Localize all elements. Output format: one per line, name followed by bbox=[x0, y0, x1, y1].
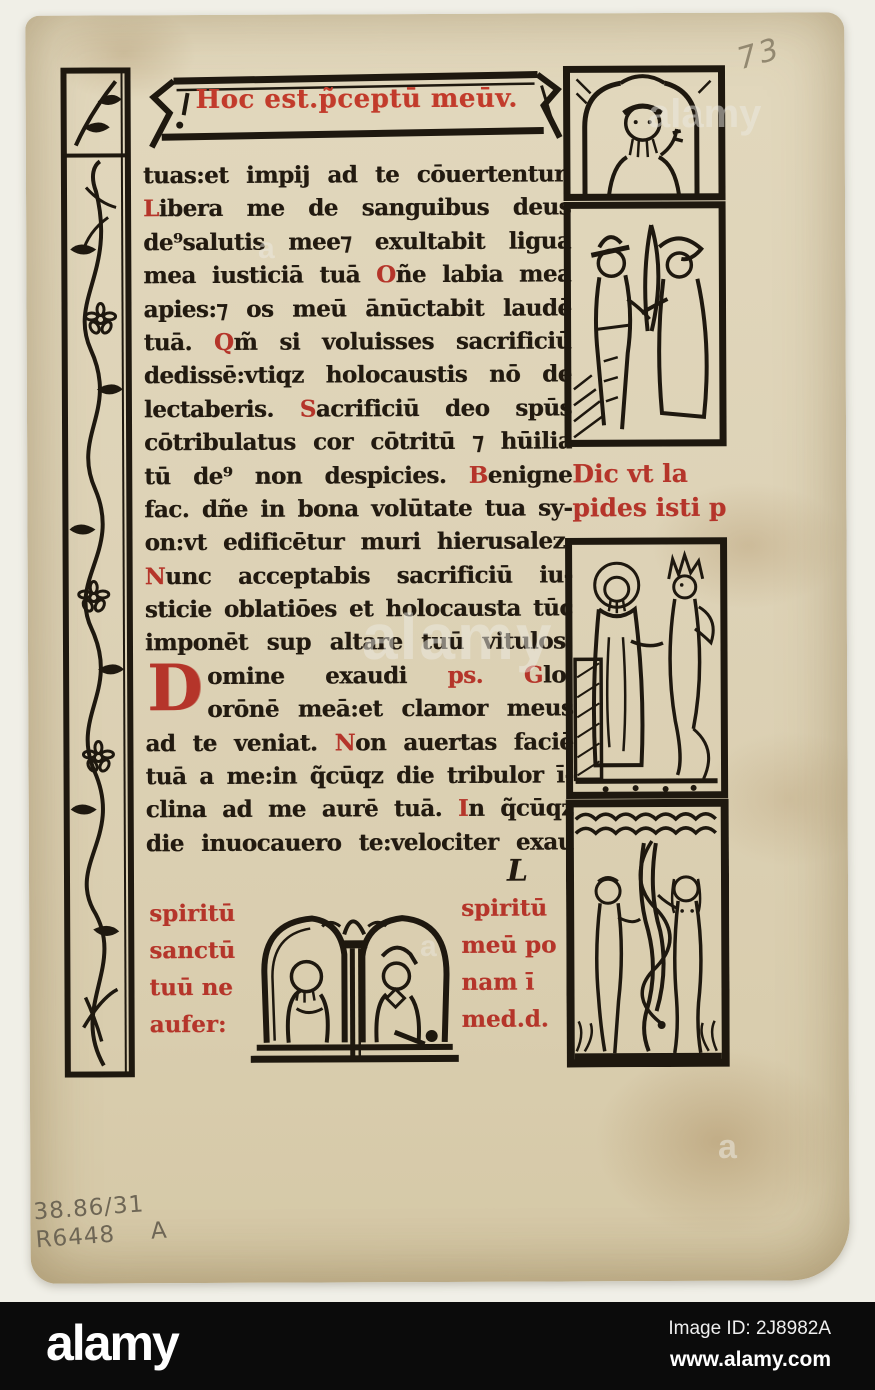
folio-number-pencil: 73 bbox=[733, 31, 785, 77]
alamy-url: www.alamy.com bbox=[668, 1348, 831, 1372]
text-line: on:vt edificētur muri hierusalez. bbox=[144, 525, 572, 560]
stock-photo: Hoc est.p̃ceptū meūv. tuas:et impij ad t… bbox=[0, 0, 875, 1390]
title-banner-woodcut: Hoc est.p̃ceptū meūv. bbox=[143, 61, 569, 157]
main-text-block: tuas:et impij ad te cōuertentur.Libera m… bbox=[143, 157, 574, 860]
floral-border-woodcut bbox=[59, 67, 139, 1081]
inventory-mark-pencil: 38.86/31 R6448A bbox=[33, 1189, 169, 1255]
text-line: lectaberis. Sacrificiū deo spūs bbox=[144, 391, 572, 426]
woodcut-prophet-bust bbox=[562, 65, 726, 202]
red-text-line: spiritū bbox=[461, 889, 573, 926]
right-woodcut-column: Dic vt lapides isti p bbox=[562, 65, 729, 1068]
text-line: tuā. Qm̃ si voluisses sacrificiū bbox=[144, 324, 572, 359]
alamy-logo: alamy bbox=[46, 1314, 178, 1372]
image-id: Image ID: 2J8982A bbox=[668, 1318, 831, 1340]
text-line: tuā a me:in q̃cūqz die tribulor ī- bbox=[145, 758, 573, 793]
banner-title: Hoc est.p̃ceptū meūv. bbox=[184, 84, 530, 116]
printed-leaf: Hoc est.p̃ceptū meūv. tuas:et impij ad t… bbox=[25, 12, 850, 1284]
red-text-line: meū po bbox=[461, 926, 573, 963]
text-line: tuas:et impij ad te cōuertentur. bbox=[143, 157, 571, 192]
text-line: ad te veniat. Non auertas faciē bbox=[145, 725, 573, 760]
text-line: cōtribulatus cor cōtritū ⁊ hūilia bbox=[144, 425, 572, 460]
red-text-line: pides isti p bbox=[572, 491, 727, 526]
red-text-line: nam ī bbox=[461, 963, 573, 1000]
woodcut-man-and-woman bbox=[563, 201, 727, 448]
text-line: sticie oblatiōes et holocausta tūc bbox=[145, 591, 573, 626]
text-line: tū de⁹ non despicies. Benigne bbox=[144, 458, 572, 493]
text-line: fac. dñe in bona volūtate tua sy- bbox=[144, 491, 572, 526]
red-text-line: med.d. bbox=[462, 1000, 574, 1037]
text-line: orōnē meā:et clamor meus bbox=[145, 692, 573, 727]
text-line: Libera me de sanguibus deus bbox=[143, 191, 571, 226]
woodcut-praying-figures bbox=[244, 892, 465, 1075]
signature-mark: L bbox=[507, 854, 528, 889]
text-line: Nunc acceptabis sacrificiū iu- bbox=[145, 558, 573, 593]
text-line: de⁹salutis mee⁊ exultabit ligua bbox=[143, 224, 571, 259]
text-line: dedissē:vtiqz holocaustis nō de bbox=[144, 358, 572, 393]
inventory-letter: A bbox=[114, 1218, 169, 1248]
text-line: clina ad me aurē tuā. In q̃cūqz bbox=[146, 792, 574, 827]
woodcut-christ-and-devil bbox=[565, 537, 729, 800]
text-line: imponēt sup altare tuū vitulos. bbox=[145, 625, 573, 660]
drop-cap-initial: D bbox=[147, 657, 203, 721]
text-line: mea iusticiā tuā Oñe labia mea bbox=[143, 258, 571, 293]
text-line: omine exaudi ps. Glo. bbox=[145, 658, 573, 693]
text-line: apies:⁊ os meū ānūctabit laudē bbox=[143, 291, 571, 326]
alamy-footer-bar: alamy Image ID: 2J8982A www.alamy.com bbox=[0, 1302, 875, 1390]
woodcut-adam-and-eve bbox=[566, 799, 730, 1068]
footer-meta: Image ID: 2J8982A www.alamy.com bbox=[668, 1318, 831, 1372]
rubric-right: spiritūmeū ponam īmed.d. bbox=[461, 889, 574, 1037]
red-text-line: Dic vt la bbox=[572, 457, 727, 492]
red-caption: Dic vt lapides isti p bbox=[564, 447, 727, 538]
